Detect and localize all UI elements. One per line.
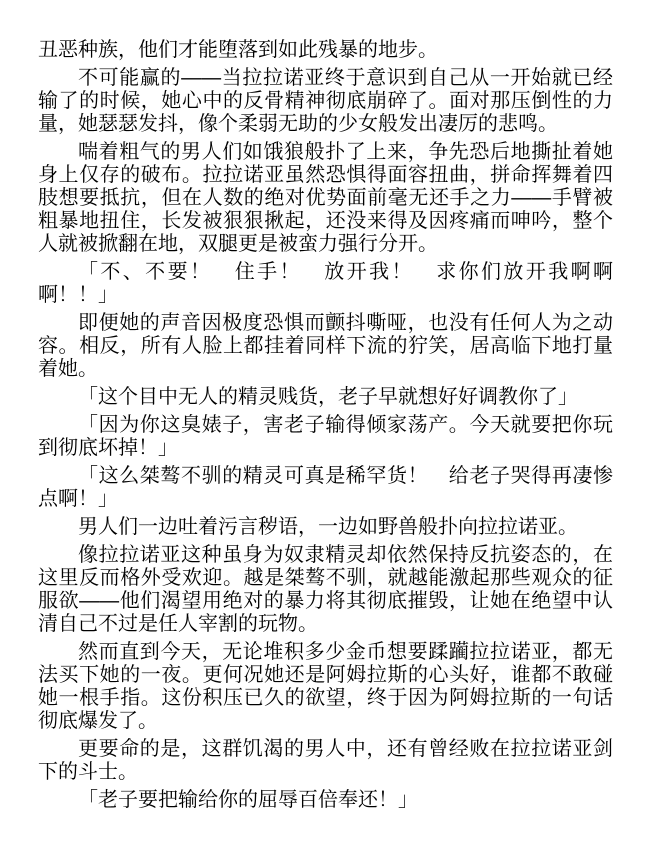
document-page: 丑恶种族，他们才能堕落到如此残暴的地步。不可能赢的——当拉拉诺亚终于意识到自己从…	[0, 0, 650, 850]
paragraph: 不可能赢的——当拉拉诺亚终于意识到自己从一开始就已经输了的时候，她心中的反骨精神…	[38, 67, 613, 136]
paragraph: 喘着粗气的男人们如饿狼般扑了上来，争先恐后地撕扯着她身上仅存的破布。拉拉诺亚虽然…	[38, 141, 613, 256]
text-body: 丑恶种族，他们才能堕落到如此残暴的地步。不可能赢的——当拉拉诺亚终于意识到自己从…	[38, 39, 613, 812]
paragraph: 「老子要把输给你的屈辱百倍奉还！」	[38, 789, 613, 812]
paragraph: 「不、不要！ 住手！ 放开我！ 求你们放开我啊啊啊！！」	[38, 261, 613, 307]
paragraph: 「这个目中无人的精灵贱货，老子早就想好好调教你了」	[38, 386, 613, 409]
paragraph: 「这么桀骜不驯的精灵可真是稀罕货！ 给老子哭得再凄惨点啊！」	[38, 465, 613, 511]
paragraph: 丑恶种族，他们才能堕落到如此残暴的地步。	[38, 39, 613, 62]
paragraph: 「因为你这臭婊子，害老子输得倾家荡产。今天就要把你玩到彻底坏掉！」	[38, 414, 613, 460]
paragraph: 即便她的声音因极度恐惧而颤抖嘶哑，也没有任何人为之动容。相反，所有人脸上都挂着同…	[38, 312, 613, 381]
paragraph: 然而直到今天，无论堆积多少金币想要蹂躏拉拉诺亚，都无法买下她的一夜。更何况她还是…	[38, 641, 613, 733]
paragraph: 男人们一边吐着污言秽语，一边如野兽般扑向拉拉诺亚。	[38, 516, 613, 539]
paragraph: 像拉拉诺亚这种虽身为奴隶精灵却依然保持反抗姿态的，在这里反而格外受欢迎。越是桀骜…	[38, 544, 613, 636]
paragraph: 更要命的是，这群饥渴的男人中，还有曾经败在拉拉诺亚剑下的斗士。	[38, 738, 613, 784]
